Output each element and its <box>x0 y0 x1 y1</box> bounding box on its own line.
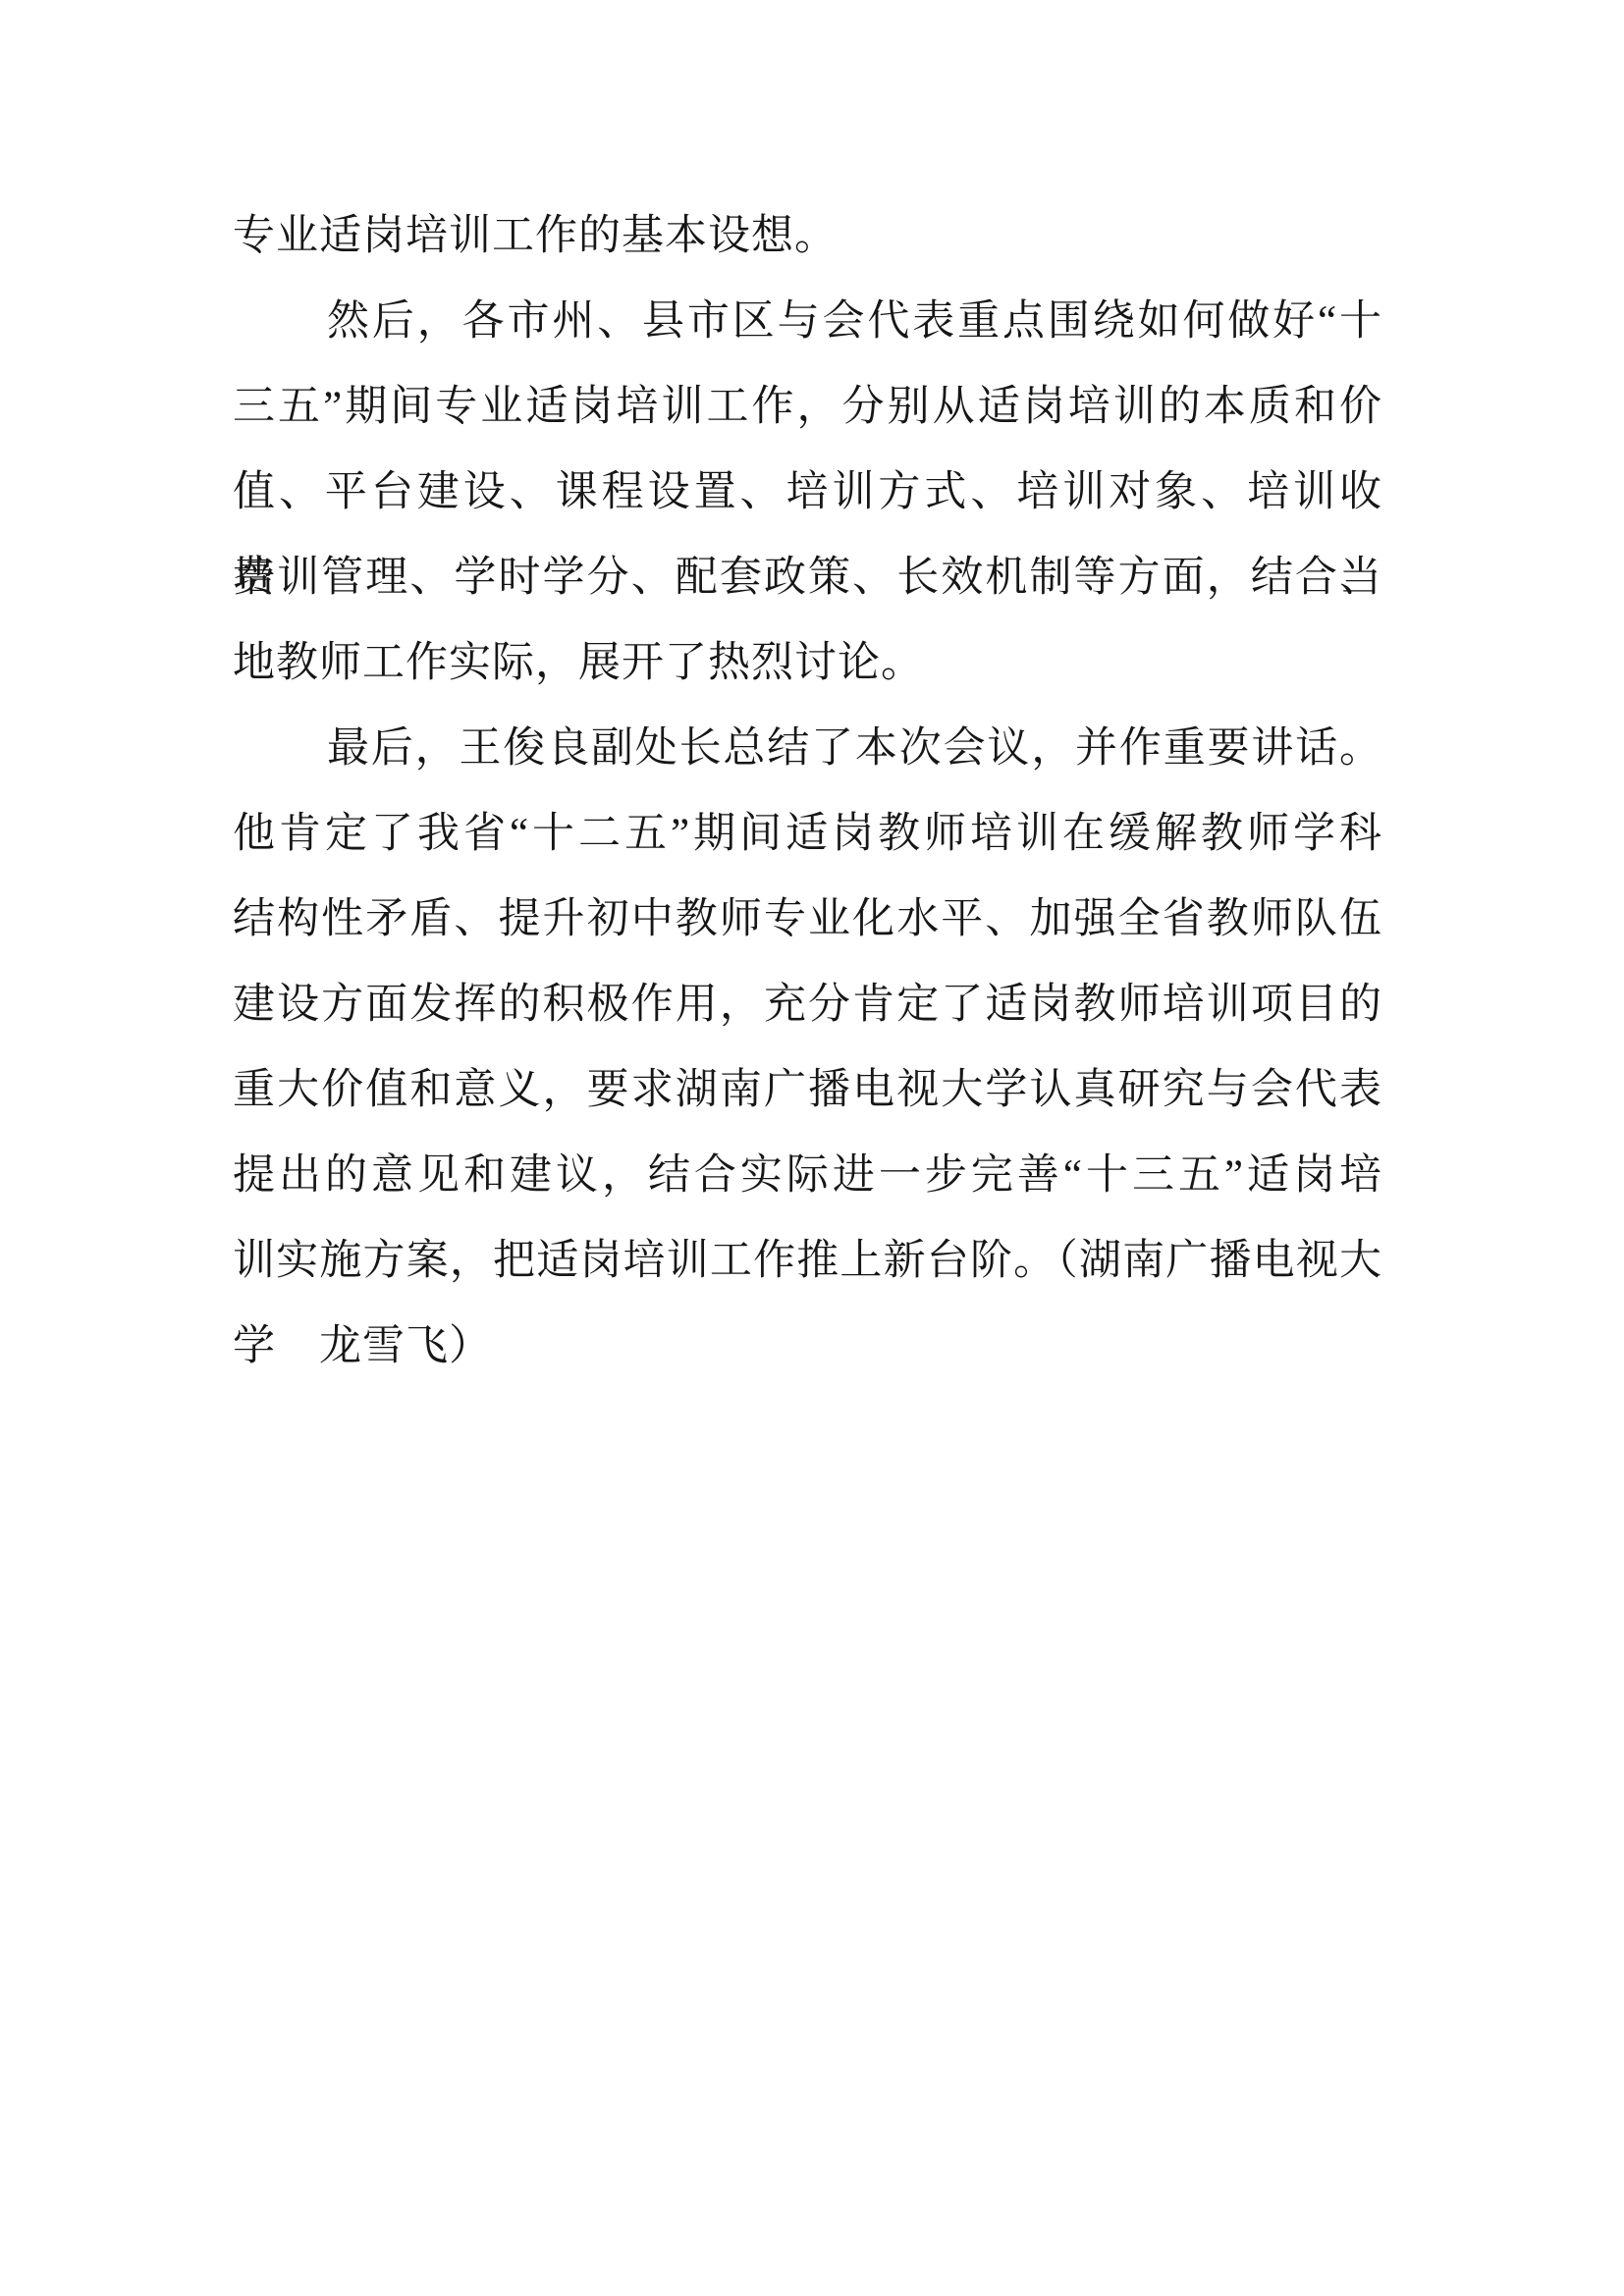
text-line: 值、平台建设、课程设置、培训方式、培训对象、培训收费、 <box>233 450 1382 535</box>
text-line: 训实施方案，把适岗培训工作推上新台阶。（湖南广播电视大 <box>233 1218 1382 1304</box>
text-line: 培训管理、学时学分、配套政策、长效机制等方面，结合当 <box>233 535 1382 620</box>
text-line: 他肯定了我省“十二五”期间适岗教师培训在缓解教师学科 <box>233 791 1382 877</box>
text-line: 最后，王俊良副处长总结了本次会议，并作重要讲话。 <box>233 706 1382 791</box>
document-text-block: 专业适岗培训工作的基本设想。 然后，各市州、县市区与会代表重点围绕如何做好“十 … <box>233 193 1382 1389</box>
text-line: 三五”期间专业适岗培训工作，分别从适岗培训的本质和价 <box>233 364 1382 450</box>
document-page: 专业适岗培训工作的基本设想。 然后，各市州、县市区与会代表重点围绕如何做好“十 … <box>0 0 1624 2296</box>
text-line: 结构性矛盾、提升初中教师专业化水平、加强全省教师队伍 <box>233 877 1382 962</box>
text-line: 提出的意见和建议，结合实际进一步完善“十三五”适岗培 <box>233 1133 1382 1218</box>
text-line: 专业适岗培训工作的基本设想。 <box>233 193 1382 279</box>
text-line: 学 龙雪飞） <box>233 1304 1382 1389</box>
text-line: 重大价值和意义，要求湖南广播电视大学认真研究与会代表 <box>233 1047 1382 1133</box>
text-line: 建设方面发挥的积极作用，充分肯定了适岗教师培训项目的 <box>233 962 1382 1047</box>
text-line: 地教师工作实际，展开了热烈讨论。 <box>233 620 1382 706</box>
text-line: 然后，各市州、县市区与会代表重点围绕如何做好“十 <box>233 279 1382 364</box>
